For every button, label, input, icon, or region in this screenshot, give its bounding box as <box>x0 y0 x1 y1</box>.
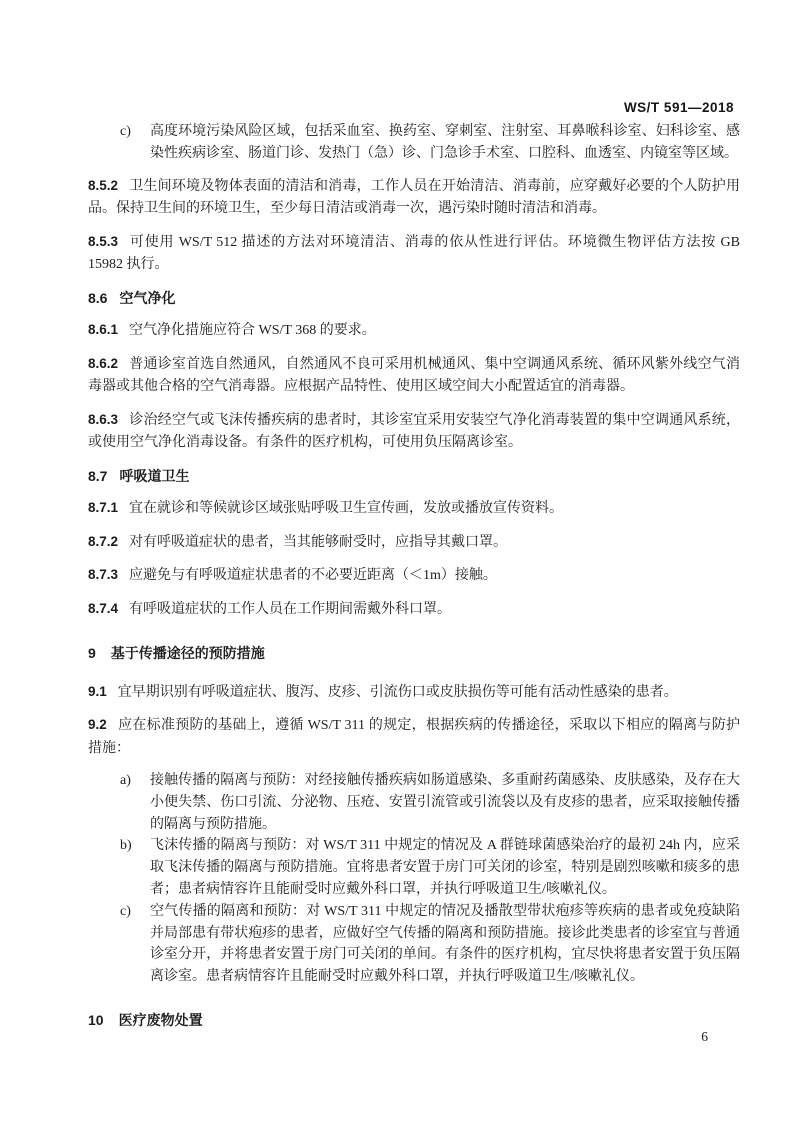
clause-text: 空气净化 <box>119 290 175 306</box>
clause-number: 8.5.3 <box>88 234 118 249</box>
clause-paragraph: 8.7.1宜在就诊和等候就诊区域张贴呼吸卫生宣传画，发放或播放宣传资料。 <box>88 497 740 521</box>
clause-text: 呼吸道卫生 <box>119 468 189 484</box>
clause-paragraph: 8.6.3诊治经空气或飞沫传播疾病的患者时，其诊室宜采用安装空气净化消毒装置的集… <box>88 409 740 455</box>
list-item-text: 飞沫传播的隔离与预防：对 WS/T 311 中规定的情况及 A 群链球菌感染治疗… <box>150 835 740 900</box>
list-item: b)飞沫传播的隔离与预防：对 WS/T 311 中规定的情况及 A 群链球菌感染… <box>88 835 740 900</box>
clause-number: 8.7.2 <box>88 534 118 549</box>
clause-text: 宜在就诊和等候就诊区域张贴呼吸卫生宣传画，发放或播放宣传资料。 <box>129 501 563 516</box>
clause-text: 对有呼吸道症状的患者，当其能够耐受时，应指导其戴口罩。 <box>129 535 507 550</box>
clause-text: 诊治经空气或飞沫传播疾病的患者时，其诊室宜采用安装空气净化消毒装置的集中空调通风… <box>88 413 740 451</box>
clause-paragraph: 9.1宜早期识别有呼吸道症状、腹泻、皮疹、引流伤口或皮肤损伤等可能有活动性感染的… <box>88 681 740 705</box>
chapter-heading: 10医疗废物处置 <box>88 1009 740 1032</box>
clause-text: 宜早期识别有呼吸道症状、腹泻、皮疹、引流伤口或皮肤损伤等可能有活动性感染的患者。 <box>118 685 678 700</box>
clause-text: 空气净化措施应符合 WS/T 368 的要求。 <box>129 323 376 338</box>
clause-text: 应避免与有呼吸道症状患者的不必要近距离（＜1m）接触。 <box>129 568 497 583</box>
clause-text: 卫生间环境及物体表面的清洁和消毒，工作人员在开始清洁、消毒前，应穿戴好必要的个人… <box>88 179 740 217</box>
page-number: 6 <box>701 1029 708 1045</box>
clause-text: 普通诊室首选自然通风，自然通风不良可采用机械通风、集中空调通风系统、循环风紫外线… <box>88 357 740 395</box>
list-item: c)高度环境污染风险区域，包括采血室、换药室、穿刺室、注射室、耳鼻喉科诊室、妇科… <box>88 121 740 165</box>
document-page: WS/T 591—2018 c)高度环境污染风险区域，包括采血室、换药室、穿刺室… <box>0 0 794 1123</box>
list-item: a)接触传播的隔离与预防：对经接触传播疾病如肠道感染、多重耐药菌感染、皮肤感染，… <box>88 770 740 835</box>
document-body: c)高度环境污染风险区域，包括采血室、换药室、穿刺室、注射室、耳鼻喉科诊室、妇科… <box>88 121 740 1048</box>
list-item-label: c) <box>120 901 150 988</box>
list-item-label: c) <box>120 121 150 165</box>
list-item-label: a) <box>120 770 150 835</box>
clause-paragraph: 8.7.3应避免与有呼吸道症状患者的不必要近距离（＜1m）接触。 <box>88 564 740 588</box>
clause-paragraph: 9.2应在标准预防的基础上，遵循 WS/T 311 的规定，根据疾病的传播途径，… <box>88 714 740 760</box>
clause-number: 8.6.1 <box>88 322 118 337</box>
list-item-text: 高度环境污染风险区域，包括采血室、换药室、穿刺室、注射室、耳鼻喉科诊室、妇科诊室… <box>150 121 740 165</box>
section-heading: 8.6空气净化 <box>88 287 740 310</box>
list-item: c)空气传播的隔离和预防：对 WS/T 311 中规定的情况及播散型带状疱疹等疾… <box>88 901 740 988</box>
clause-text: 应在标准预防的基础上，遵循 WS/T 311 的规定，根据疾病的传播途径，采取以… <box>88 718 740 756</box>
list-item-label: b) <box>120 835 150 900</box>
clause-number: 8.7.1 <box>88 500 118 515</box>
clause-number: 9.1 <box>88 684 107 699</box>
clause-paragraph: 8.6.1空气净化措施应符合 WS/T 368 的要求。 <box>88 319 740 343</box>
clause-paragraph: 8.7.4有呼吸道症状的工作人员在工作期间需戴外科口罩。 <box>88 598 740 622</box>
clause-number: 8.6.2 <box>88 356 118 371</box>
clause-number: 8.7.3 <box>88 567 118 582</box>
clause-number: 9.2 <box>88 717 107 732</box>
clause-paragraph: 8.5.3可使用 WS/T 512 描述的方法对环境清洁、消毒的依从性进行评估。… <box>88 231 740 277</box>
standard-number: WS/T 591—2018 <box>624 100 734 115</box>
chapter-heading: 9基于传播途径的预防措施 <box>88 642 740 665</box>
clause-paragraph: 8.5.2卫生间环境及物体表面的清洁和消毒，工作人员在开始清洁、消毒前，应穿戴好… <box>88 175 740 221</box>
clause-number: 8.6.3 <box>88 412 118 427</box>
clause-number: 8.7.4 <box>88 601 118 616</box>
list-item-text: 空气传播的隔离和预防：对 WS/T 311 中规定的情况及播散型带状疱疹等疾病的… <box>150 901 740 988</box>
clause-number: 8.5.2 <box>88 178 118 193</box>
clause-text: 医疗废物处置 <box>119 1012 203 1028</box>
clause-number: 8.6 <box>88 290 107 306</box>
section-heading: 8.7呼吸道卫生 <box>88 465 740 488</box>
clause-number: 10 <box>88 1012 104 1028</box>
clause-paragraph: 8.6.2普通诊室首选自然通风，自然通风不良可采用机械通风、集中空调通风系统、循… <box>88 353 740 399</box>
clause-number: 8.7 <box>88 468 107 484</box>
list-item-text: 接触传播的隔离与预防：对经接触传播疾病如肠道感染、多重耐药菌感染、皮肤感染，及存… <box>150 770 740 835</box>
clause-number: 9 <box>88 645 96 661</box>
clause-text: 有呼吸道症状的工作人员在工作期间需戴外科口罩。 <box>129 602 451 617</box>
clause-paragraph: 8.7.2对有呼吸道症状的患者，当其能够耐受时，应指导其戴口罩。 <box>88 531 740 555</box>
clause-text: 可使用 WS/T 512 描述的方法对环境清洁、消毒的依从性进行评估。环境微生物… <box>88 235 740 273</box>
clause-text: 基于传播途径的预防措施 <box>111 645 265 661</box>
